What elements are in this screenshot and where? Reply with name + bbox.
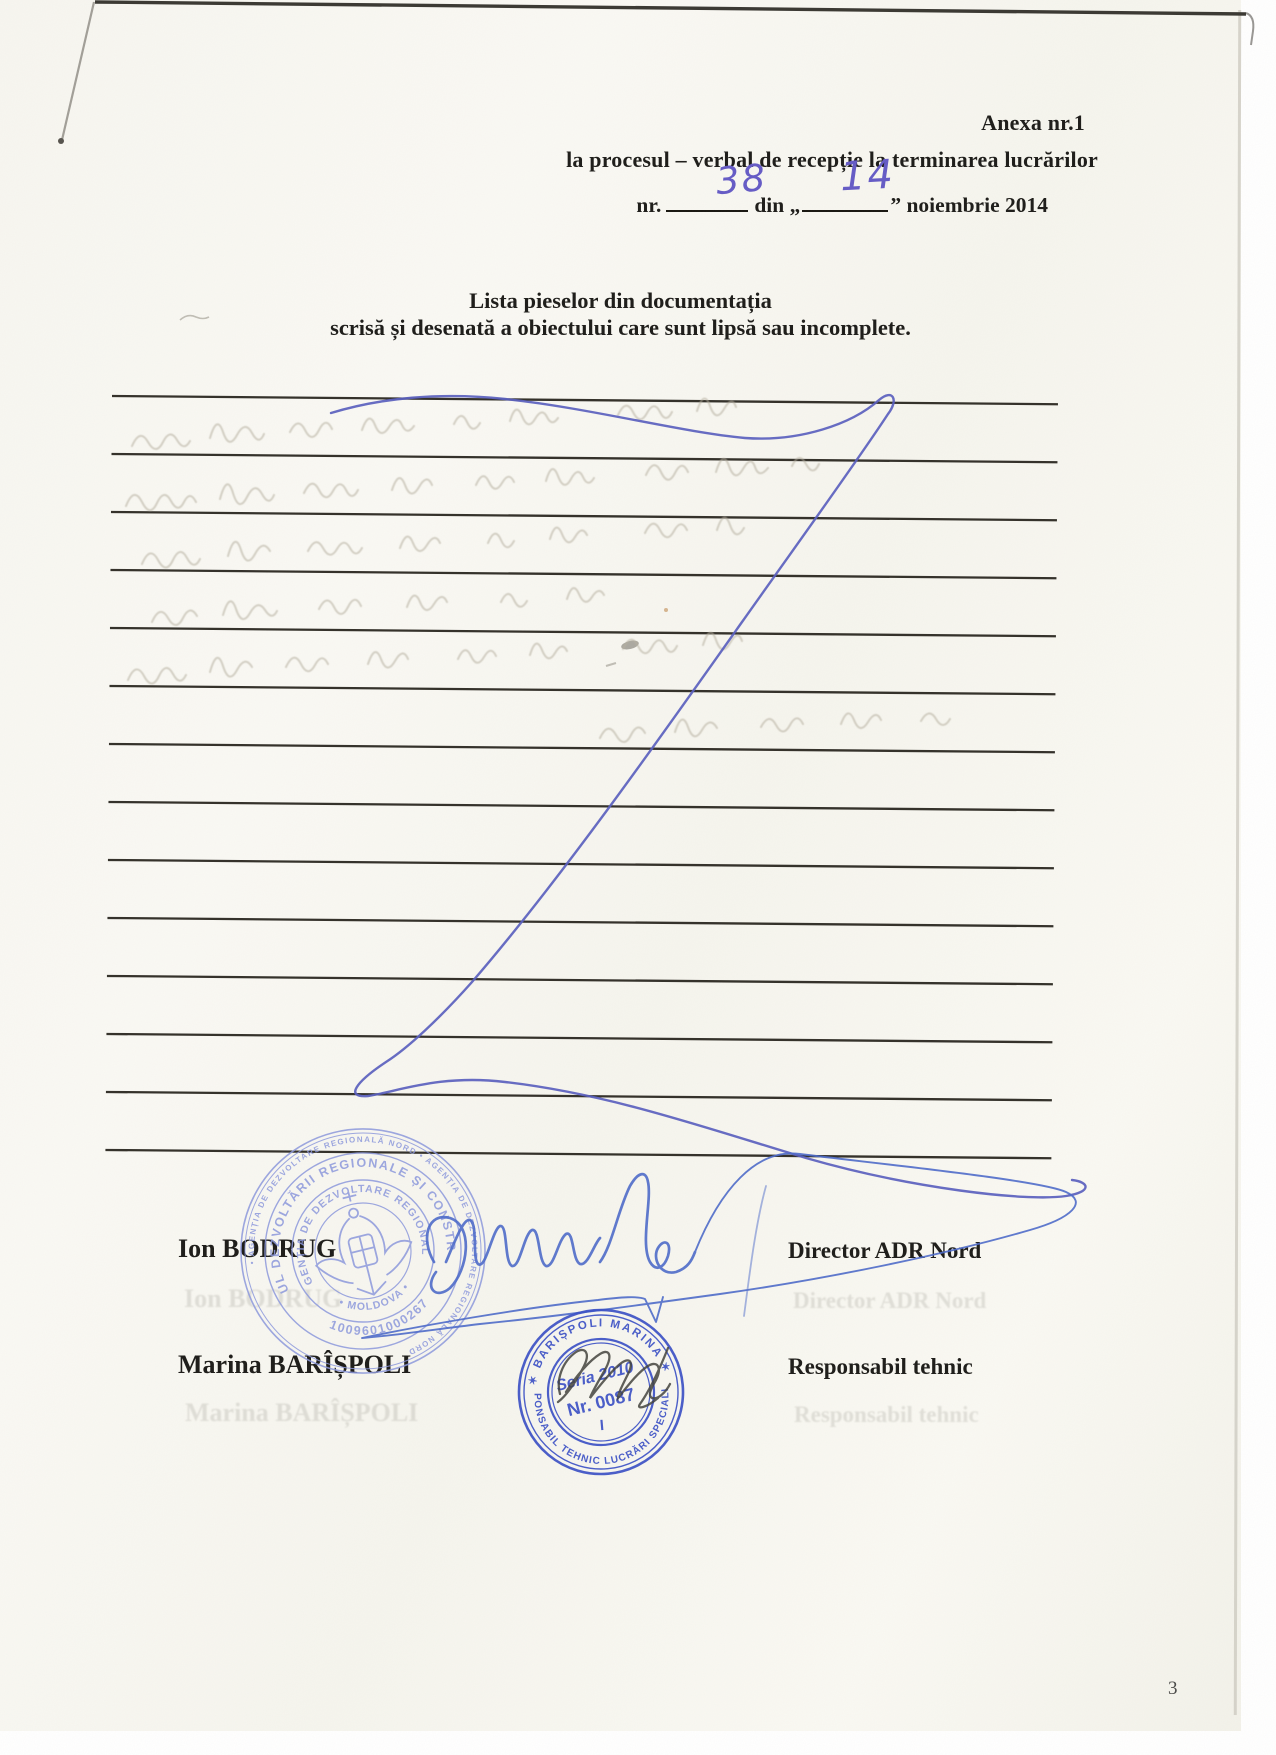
scanned-document-page: Anexa nr.1 la procesul – verbal de recep… <box>0 0 1276 1755</box>
ink-overlay: • AGENȚIA DE DEZVOLTARE REGIONALĂ NORD •… <box>0 0 1276 1755</box>
